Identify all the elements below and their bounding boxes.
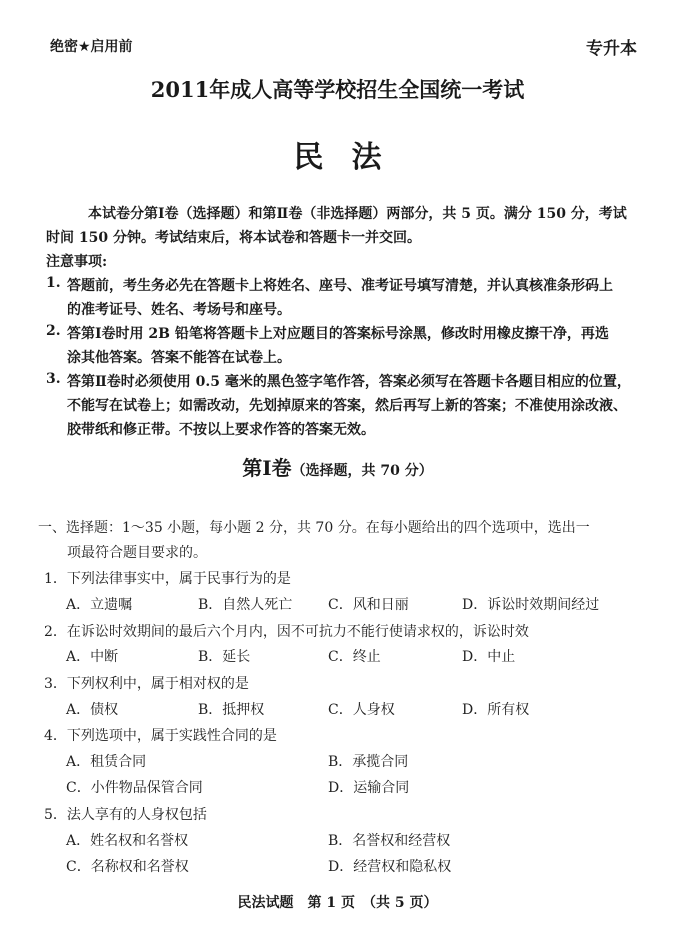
- question-3-option-b: B．抵押权: [198, 699, 264, 719]
- question-5-option-d: D．经营权和隐私权: [328, 856, 451, 876]
- notice-1-line-2: 的准考证号、姓名、考场号和座号。: [67, 299, 291, 319]
- question-3-option-d: D．所有权: [462, 699, 529, 719]
- question-1-option-d: D．诉讼时效期间经过: [462, 594, 599, 614]
- question-2-stem: 2．在诉讼时效期间的最后六个月内，因不可抗力不能行使请求权的，诉讼时效: [44, 621, 529, 641]
- question-5-stem: 5．法人享有的人身权包括: [44, 804, 207, 824]
- section-heading: 第Ⅰ卷（选择题，共 70 分）: [0, 452, 675, 481]
- question-2-option-d: D．中止: [462, 646, 515, 666]
- intro-line-1: 本试卷分第Ⅰ卷（选择题）和第Ⅱ卷（非选择题）两部分，共 5 页。满分 150 分…: [88, 203, 627, 223]
- question-1-option-a: A．立遗嘱: [66, 594, 132, 614]
- intro-line-2: 时间 150 分钟。考试结束后，将本试卷和答题卡一并交回。: [46, 227, 421, 247]
- part-one-line-2: 项最符合题目要求的。: [67, 542, 207, 562]
- exam-title: 2011年成人高等学校招生全国统一考试: [0, 74, 675, 104]
- notice-3-num: 3.: [46, 371, 61, 387]
- question-1-option-b: B．自然人死亡: [198, 594, 292, 614]
- question-3-option-a: A．债权: [66, 699, 118, 719]
- level-label: 专升本: [586, 34, 637, 59]
- notice-2-line-2: 涂其他答案。答案不能答在试卷上。: [67, 347, 291, 367]
- question-2-option-b: B．延长: [198, 646, 250, 666]
- question-2-option-c: C．终止: [328, 646, 381, 666]
- notice-1-num: 1.: [46, 275, 61, 291]
- notice-3-line-3: 胶带纸和修正带。不按以上要求作答的答案无效。: [67, 419, 375, 439]
- section-subtitle: （选择题，共 70 分）: [292, 463, 433, 479]
- question-4-option-c: C．小件物品保管合同: [66, 777, 203, 797]
- question-5-option-a: A．姓名权和名誉权: [66, 830, 188, 850]
- part-one-line-1: 一、选择题：1～35 小题，每小题 2 分，共 70 分。在每小题给出的四个选项…: [38, 517, 590, 537]
- question-3-stem: 3．下列权利中，属于相对权的是: [44, 673, 249, 693]
- notice-1-line-1: 答题前，考生务必先在答题卡上将姓名、座号、准考证号填写清楚，并认真核准条形码上: [67, 275, 613, 295]
- page-footer: 民法试题 第 1 页 （共 5 页）: [0, 892, 675, 912]
- question-1-option-c: C．风和日丽: [328, 594, 409, 614]
- notice-2-line-1: 答第Ⅰ卷时用 2B 铅笔将答题卡上对应题目的答案标号涂黑，修改时用橡皮擦干净，再…: [67, 323, 609, 343]
- notice-heading: 注意事项:: [46, 251, 107, 271]
- question-5-option-c: C．名称权和名誉权: [66, 856, 189, 876]
- notice-3-line-2: 不能写在试卷上；如需改动，先划掉原来的答案，然后再写上新的答案；不准使用涂改液、: [67, 395, 627, 415]
- confidential-label: 绝密★启用前: [50, 36, 133, 56]
- question-4-stem: 4．下列选项中，属于实践性合同的是: [44, 725, 277, 745]
- notice-3-line-1: 答第Ⅱ卷时必须使用 0.5 毫米的黑色签字笔作答，答案必须写在答题卡各题目相应的…: [67, 371, 631, 391]
- question-1-stem: 1．下列法律事实中，属于民事行为的是: [44, 568, 291, 588]
- question-4-option-a: A．租赁合同: [66, 751, 146, 771]
- question-3-option-c: C．人身权: [328, 699, 395, 719]
- question-2-option-a: A．中断: [66, 646, 118, 666]
- question-4-option-d: D．运输合同: [328, 777, 409, 797]
- section-title: 第Ⅰ卷: [242, 456, 291, 480]
- question-4-option-b: B．承揽合同: [328, 751, 408, 771]
- subject-title: 民法: [0, 132, 675, 176]
- question-5-option-b: B．名誉权和经营权: [328, 830, 450, 850]
- notice-2-num: 2.: [46, 323, 61, 339]
